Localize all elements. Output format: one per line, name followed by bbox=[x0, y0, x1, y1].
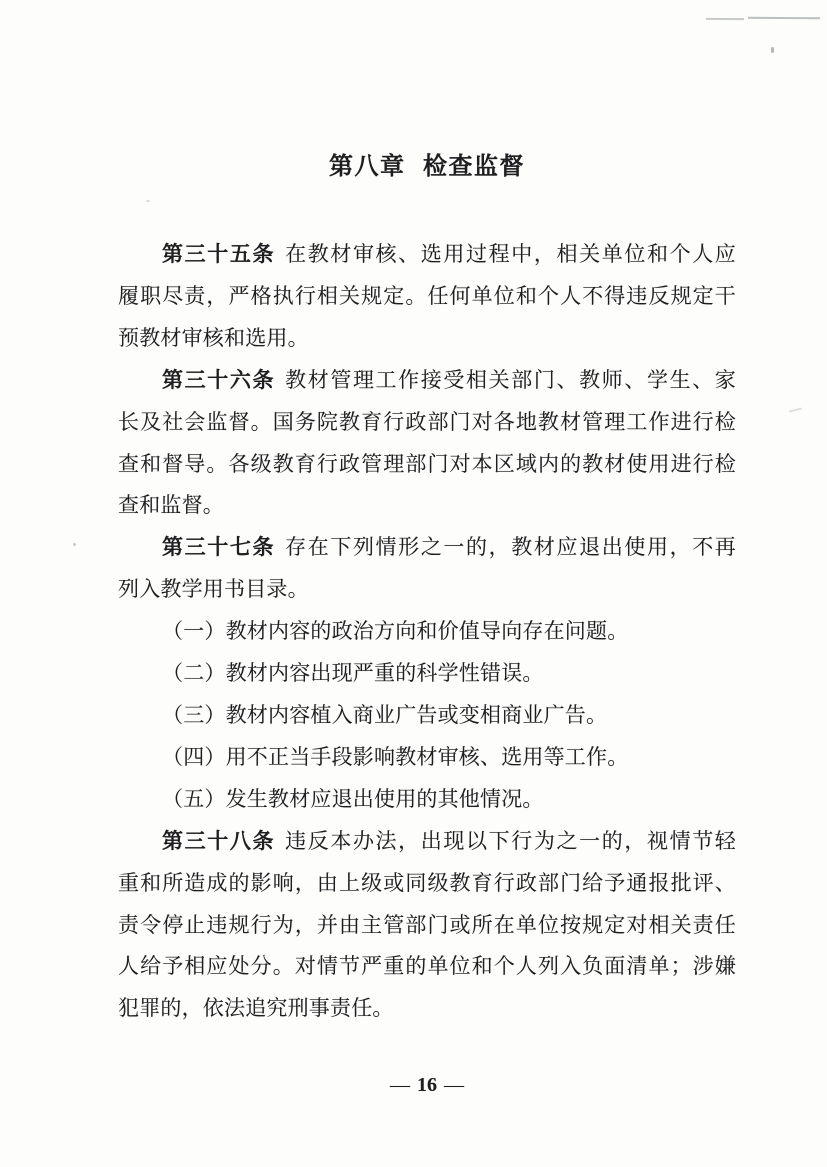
page-number: 16 bbox=[417, 1074, 437, 1096]
list-item-3: （三）教材内容植入商业广告或变相商业广告。 bbox=[118, 695, 736, 737]
scan-artifact-speck bbox=[73, 543, 76, 546]
scan-artifact-speck bbox=[771, 47, 774, 53]
article-number: 第三十八条 bbox=[162, 829, 275, 853]
article-37-line: 第三十七条存在下列情形之一的，教材应退出使用，不再 bbox=[118, 527, 736, 569]
article-number: 第三十七条 bbox=[162, 535, 275, 559]
article-38-line: 犯罪的，依法追究刑事责任。 bbox=[118, 988, 736, 1030]
article-36-line: 长及社会监督。国务院教育行政部门对各地教材管理工作进行检 bbox=[118, 402, 736, 444]
article-35-line: 履职尽责，严格执行相关规定。任何单位和个人不得违反规定干 bbox=[118, 276, 736, 318]
scan-artifact-dash bbox=[706, 18, 744, 20]
page-footer: —16— bbox=[118, 1072, 736, 1098]
scan-artifact-scratch bbox=[789, 407, 802, 412]
list-item-4: （四）用不正当手段影响教材审核、选用等工作。 bbox=[118, 737, 736, 779]
footer-dash-right: — bbox=[444, 1074, 464, 1096]
list-item-5: （五）发生教材应退出使用的其他情况。 bbox=[118, 779, 736, 821]
article-36-line: 查和监督。 bbox=[118, 485, 736, 527]
document-content: 第八章 检查监督 第三十五条在教材审核、选用过程中，相关单位和个人应履职尽责，严… bbox=[118, 150, 736, 1030]
scanned-document-page: 第八章 检查监督 第三十五条在教材审核、选用过程中，相关单位和个人应履职尽责，严… bbox=[0, 0, 827, 1167]
article-lines: 第三十五条在教材审核、选用过程中，相关单位和个人应履职尽责，严格执行相关规定。任… bbox=[118, 234, 736, 1030]
footer-dash-left: — bbox=[390, 1074, 410, 1096]
article-number: 第三十六条 bbox=[162, 368, 275, 392]
article-38-line: 人给予相应处分。对情节严重的单位和个人列入负面清单；涉嫌 bbox=[118, 946, 736, 988]
article-35-line: 预教材审核和选用。 bbox=[118, 318, 736, 360]
article-38-line: 第三十八条违反本办法，出现以下行为之一的，视情节轻 bbox=[118, 821, 736, 863]
chapter-title: 第八章 检查监督 bbox=[118, 150, 736, 184]
article-38-line: 责令停止违规行为，并由主管部门或所在单位按规定对相关责任 bbox=[118, 905, 736, 947]
article-35-line: 第三十五条在教材审核、选用过程中，相关单位和个人应 bbox=[118, 234, 736, 276]
article-38-line: 重和所造成的影响，由上级或同级教育行政部门给予通报批评、 bbox=[118, 863, 736, 905]
article-37-line: 列入教学用书目录。 bbox=[118, 569, 736, 611]
list-item-1: （一）教材内容的政治方向和价值导向存在问题。 bbox=[118, 611, 736, 653]
scan-artifact-dash bbox=[748, 17, 820, 19]
article-number: 第三十五条 bbox=[162, 242, 275, 266]
article-36-line: 第三十六条教材管理工作接受相关部门、教师、学生、家 bbox=[118, 360, 736, 402]
article-36-line: 查和督导。各级教育行政管理部门对本区域内的教材使用进行检 bbox=[118, 444, 736, 486]
list-item-2: （二）教材内容出现严重的科学性错误。 bbox=[118, 653, 736, 695]
